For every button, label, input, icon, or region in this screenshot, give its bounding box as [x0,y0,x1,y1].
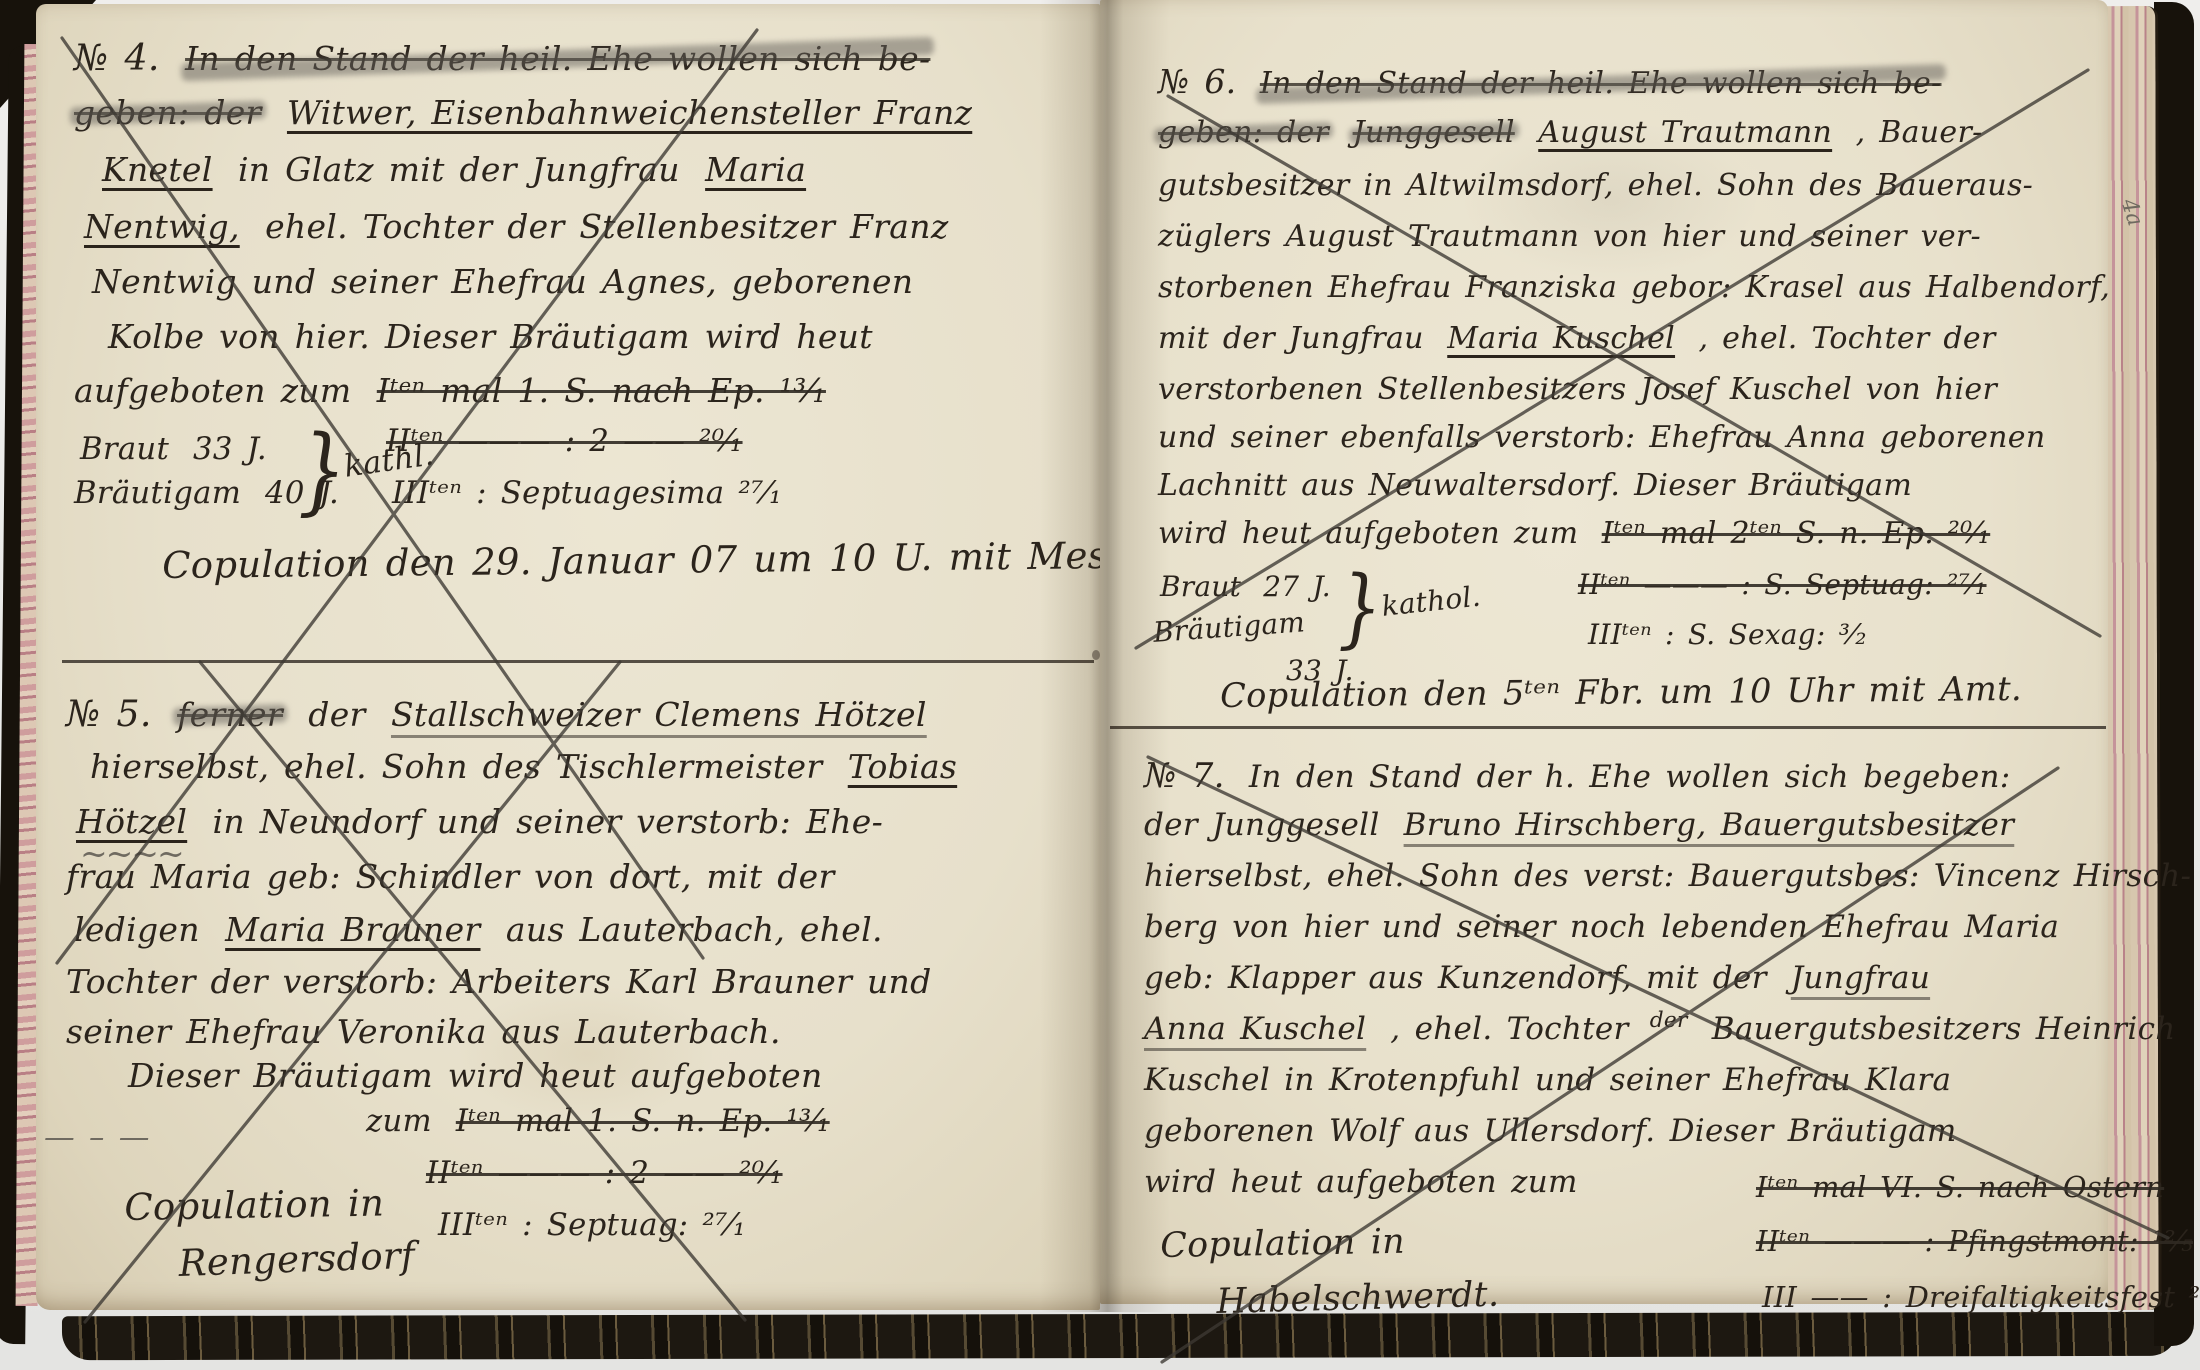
groom-label: Bräutigam [74,476,241,511]
entry-text: seiner Ehefrau Veronika aus Lauterbach. [66,1012,781,1051]
bride-surname-underlined: Nentwig, [84,207,240,246]
banns-date-1-crossed: Iᵗᵉⁿ mal 1. S. nach Ep. ¹³⁄₁ [377,371,826,410]
entry-no5: № 5. ferner der Stallschweizer Clemens H… [66,692,846,1302]
entry-text: ehel. Tochter der Stellenbesitzer Franz [265,207,948,246]
entry-text: geb: Klapper aus Kunzendorf, mit der [1144,960,1767,996]
entry-text: , Bauer- [1856,115,1983,150]
entry-text: in Glatz mit der Jungfrau [238,150,680,189]
banns-date-3: III —— : Dreifaltigkeitsfest ²⁶⁄₅ [1762,1280,2200,1314]
copulation-note: Copulation den 5ᵗᵉⁿ Fbr. um 10 Uhr mit A… [1220,669,2022,715]
copulation-place-label: Copulation in [1160,1222,1405,1266]
banns-date-2-crossed: IIᵗᵉⁿ ——— : S. Septuag: ²⁷⁄₁ [1578,568,1987,601]
entry-text: , ehel. Tochter [1390,1011,1628,1047]
crossed-word: Junggesell [1353,115,1515,150]
groom-name-underlined: August Trautmann [1538,115,1832,150]
entry-no7: № 7. In den Stand der h. Ehe wollen sich… [1144,756,2124,1356]
banns-date-1-crossed: Iᵗᵉⁿ mal 1. S. n. Ep. ¹³⁄₁ [456,1104,830,1139]
entry-text: und seiner ebenfalls verstorb: Ehefrau A… [1158,420,2045,455]
entry-text: Bauergutsbesitzers Heinrich [1712,1011,2176,1047]
entry-text: aufgeboten zum [74,371,351,410]
banns-date-1-crossed: Iᵗᵉⁿ mal VI. S. nach Ostern [1756,1170,2164,1204]
entry-number: № 4. [74,36,160,79]
entry-text: Kolbe von hier. Dieser Bräutigam wird he… [108,317,873,356]
groom-label: Bräutigam [1152,605,1306,649]
entry-text: In den Stand der h. Ehe wollen sich bege… [1249,759,2011,795]
inserted-word: der [1650,1008,1688,1033]
banns-date-2-crossed: IIᵗᵉⁿ ——— : 2 —— ²⁰⁄₁ [426,1156,783,1191]
crossed-word: ferner [177,695,283,734]
bride-name-underlined: Maria Brauner [225,910,480,949]
right-page: № 6. In den Stand der heil. Ehe wollen s… [1100,0,2108,1304]
banns-date-3: IIIᵗᵉⁿ : S. Sexag: ³⁄₂ [1588,618,1867,651]
groom-name-underlined: Bruno Hirschberg, Bauergutsbesitzer [1404,807,2015,843]
banns-date-3: IIIᵗᵉⁿ : Septuagesima ²⁷⁄₁ [392,476,782,511]
entry-text: hierselbst, ehel. Sohn des Tischlermeist… [90,747,822,786]
entry-number: № 6. [1158,62,1236,101]
copulation-note: Copulation den 29. Januar 07 um 10 U. mi… [162,534,1161,587]
age-brace: } [1338,558,1382,658]
confession-note: kathol. [1380,580,1482,623]
entry-text: geborenen Wolf aus Ullersdorf. Dieser Br… [1144,1113,1957,1149]
age-brace: } [298,415,347,525]
entry-text: der [308,695,365,734]
bride-label: Braut [80,432,169,467]
entry-text: zum [366,1104,432,1139]
bride-name-underlined: Anna Kuschel [1144,1011,1366,1047]
entry-no4: № 4. In den Stand der heil. Ehe wollen s… [74,30,834,660]
entry-text: in Neundorf und seiner verstorb: Ehe- [213,802,884,841]
entry-text: aus Lauterbach, ehel. [506,910,883,949]
groom-name-underlined: Stallschweizer Clemens Hötzel [391,695,927,734]
entry-number: № 5. [66,692,152,735]
margin-pencil-mark: — – — [44,1120,150,1155]
entry-no6: № 6. In den Stand der heil. Ehe wollen s… [1158,62,2108,722]
entry-text: Dieser Bräutigam wird heut aufgeboten [128,1056,823,1095]
register-book-scan: № 4. In den Stand der heil. Ehe wollen s… [0,0,2200,1370]
entry-text: berg von hier und seiner noch lebenden E… [1144,909,2059,945]
father-name-underlined: Tobias [848,747,957,786]
binding-hole [1092,650,1100,660]
entry-text: der Junggesell [1144,807,1380,843]
entry-text: verstorbenen Stellenbesitzers Josef Kusc… [1158,372,1997,407]
banns-date-1-crossed: Iᵗᵉⁿ mal 2ᵗᵉⁿ S. n. Ep. ²⁰⁄₁ [1602,516,1990,551]
copulation-place-label: Copulation in [124,1181,385,1229]
crossed-formula-text: geben: der [1158,115,1329,150]
bride-age: 33 J. [193,432,267,467]
groom-surname-underlined: Knetel [102,150,213,189]
entry-number: № 7. [1144,756,1225,796]
entry-text: storbenen Ehefrau Franziska gebor: Krase… [1158,270,2110,305]
bride-title-underlined: Jungfrau [1791,960,1930,996]
entry-text: Kuschel in Krotenpfuhl und seiner Ehefra… [1144,1062,1951,1098]
entry-text: wird heut aufgeboten zum [1144,1164,1578,1200]
entry-text: Tochter der verstorb: Arbeiters Karl Bra… [66,962,932,1001]
banns-date-3: IIIᵗᵉⁿ : Septuag: ²⁷⁄₁ [438,1208,746,1243]
groom-name-underlined: Witwer, Eisenbahnweichensteller Franz [287,93,972,132]
entry-divider-rule-left [62,660,1094,663]
bride-name-underlined: Maria Kuschel [1447,321,1675,356]
entry-text: , ehel. Tochter der [1698,321,1995,356]
entry-text: hierselbst, ehel. Sohn des verst: Bauerg… [1144,858,2191,894]
banns-date-2-crossed: IIᵗᵉⁿ ——— : Pfingstmont: ¹²⁄₅ [1756,1224,2193,1258]
entry-text: ledigen [74,910,200,949]
bride-name-underlined: Maria [705,150,806,189]
bride-age: 27 J. [1263,570,1331,603]
entry-text: frau Maria geb: Schindler von dort, mit … [66,857,835,896]
crossed-formula-text: In den Stand der heil. Ehe wollen sich b… [185,39,930,78]
copulation-place: Rengersdorf [178,1234,416,1285]
entry-divider-rule-right [1110,726,2106,729]
banns-date-2-crossed: IIᵗᵉⁿ ——— : 2 —— ²⁰⁄₁ [386,424,743,459]
copulation-place: Habelschwerdt. [1216,1275,1500,1322]
bride-label: Braut [1160,570,1241,603]
left-page: № 4. In den Stand der heil. Ehe wollen s… [36,4,1100,1310]
crossed-formula-text: In den Stand der heil. Ehe wollen sich b… [1260,66,1942,101]
entry-text: wird heut aufgeboten zum [1158,516,1578,551]
entry-text: Lachnitt aus Neuwaltersdorf. Dieser Bräu… [1158,468,1912,503]
entry-text: gutsbesitzer in Altwilmsdorf, ehel. Sohn… [1158,168,2033,203]
entry-text: züglers August Trautmann von hier und se… [1158,219,1981,254]
crossed-formula-text: geben: der [74,93,262,132]
entry-text: mit der Jungfrau [1158,321,1424,356]
entry-text: Nentwig und seiner Ehefrau Agnes, gebore… [92,262,913,301]
